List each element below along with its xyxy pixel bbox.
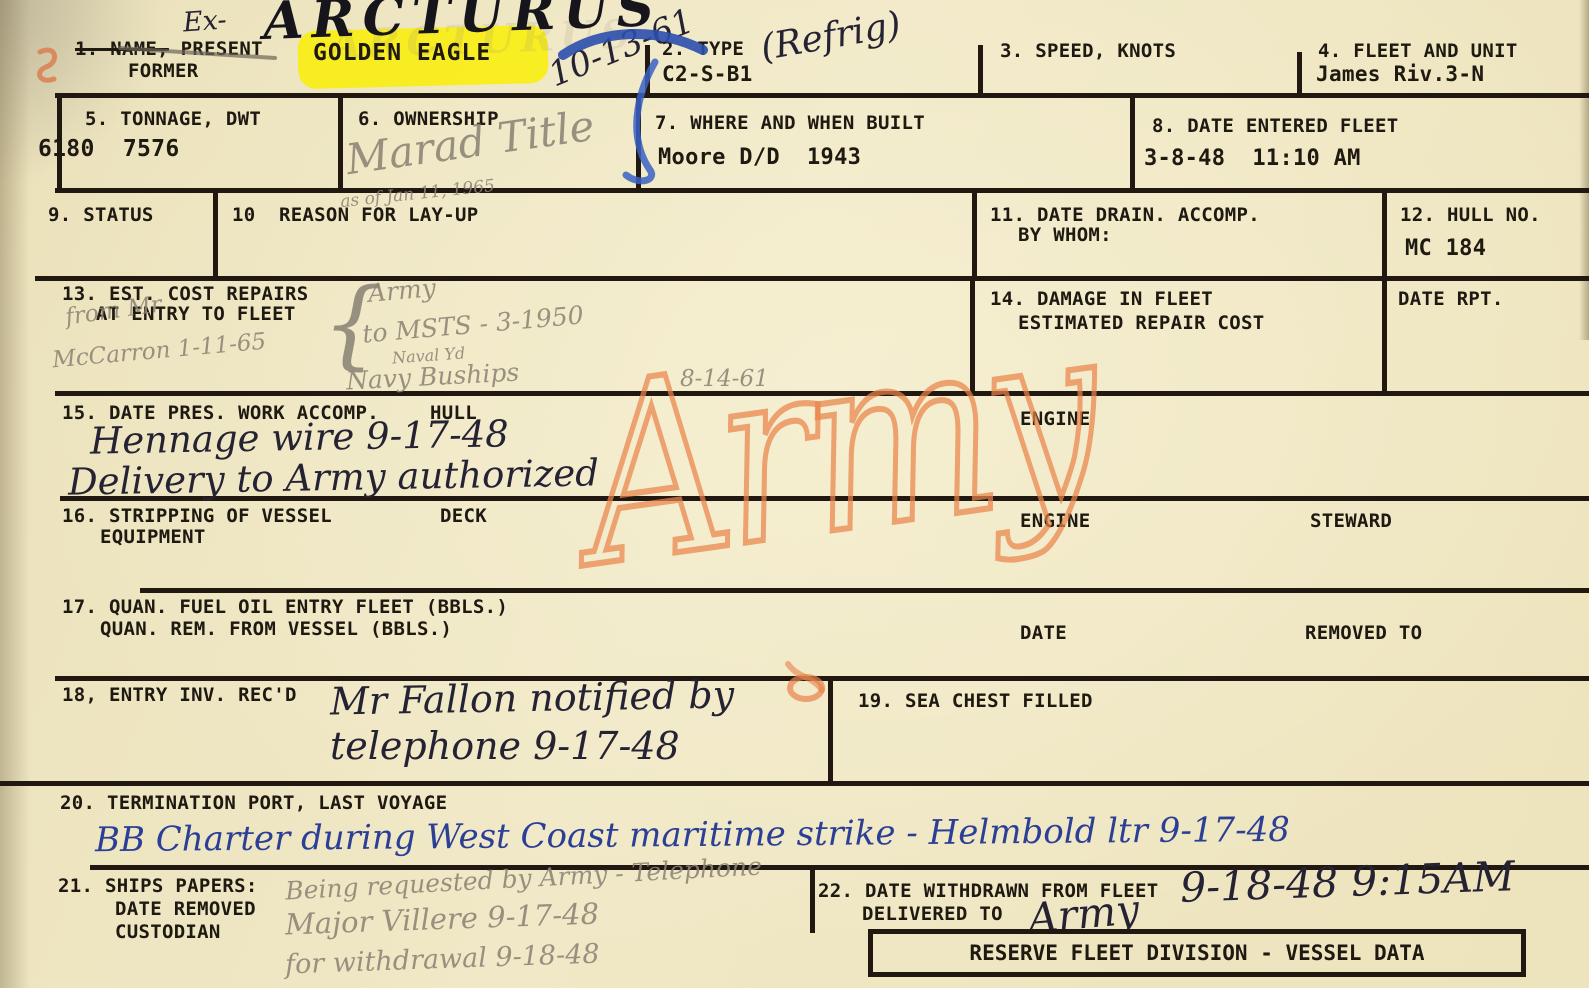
grid-line [55, 188, 1589, 193]
former-name-typed: GOLDEN EAGLE [313, 40, 491, 66]
field18-label: 18, ENTRY INV. REC'D [62, 684, 297, 706]
field8-label: 8. DATE ENTERED FLEET [1152, 115, 1399, 137]
hull-no-value: MC 184 [1405, 236, 1486, 261]
withdrawn-date-handwriting: 9-18-48 9:15AM [1179, 852, 1515, 912]
removed-to-label: REMOVED TO [1305, 622, 1422, 644]
grid-line [636, 93, 641, 192]
grid-line [828, 676, 833, 785]
field21-label: 21. SHIPS PAPERS: [58, 875, 258, 897]
grid-line [213, 188, 218, 280]
tonnage-value: 6180 7576 [38, 136, 179, 162]
army-crayon-scrawl: Army [565, 269, 1110, 622]
grid-line [1382, 193, 1387, 280]
ships-papers-pencil1: Being requested by Army - Telephone [285, 852, 763, 906]
grid-line [0, 781, 1589, 786]
grid-line [35, 276, 1589, 281]
field1-label-former: FORMER [128, 60, 198, 82]
field17-label2: QUAN. REM. FROM VESSEL (BBLS.) [100, 618, 452, 640]
field10-label: 10 REASON FOR LAY-UP [232, 204, 479, 226]
field19-label: 19. SEA CHEST FILLED [858, 690, 1093, 712]
grid-line [978, 45, 983, 97]
field16-label2: EQUIPMENT [100, 526, 206, 548]
grid-line [338, 93, 343, 192]
field21-label2: DATE REMOVED [115, 898, 256, 920]
grid-line [972, 193, 977, 280]
paper-right-edge [1579, 0, 1589, 340]
field20-label: 20. TERMINATION PORT, LAST VOYAGE [60, 792, 447, 814]
banner-title: RESERVE FLEET DIVISION - VESSEL DATA [969, 941, 1424, 965]
field1-label-struck: 1. NAME, [75, 38, 169, 60]
date-entered-value: 3-8-48 11:10 AM [1144, 146, 1361, 171]
grid-line [1297, 52, 1302, 97]
field16-label: 16. STRIPPING OF VESSEL [62, 505, 332, 527]
field11-label: 11. DATE DRAIN. ACCOMP. [990, 204, 1260, 226]
termination-note-handwriting: BB Charter during West Coast maritime st… [95, 810, 1290, 860]
steward-label: STEWARD [1310, 510, 1392, 532]
grid-line [55, 93, 1589, 98]
field17-label: 17. QUAN. FUEL OIL ENTRY FLEET (BBLS.) [62, 596, 508, 618]
banner-box: RESERVE FLEET DIVISION - VESSEL DATA [868, 929, 1526, 977]
pencil-msts-note: to MSTS - 3-1950 [361, 300, 585, 348]
entry-inv-note1-handwriting: Mr Fallon notified by [330, 672, 735, 723]
built-value: Moore D/D 1943 [658, 145, 861, 170]
ships-papers-pencil3: for withdrawal 9-18-48 [285, 939, 600, 981]
ex-note-handwriting: Ex- [182, 5, 228, 39]
field1-label: 1. NAME, PRESENT [75, 38, 263, 60]
field9-label: 9. STATUS [48, 204, 154, 226]
pencil-army-note: Army [367, 273, 437, 308]
fleet-unit-value: James Riv.3-N [1316, 62, 1484, 86]
field12-label: 12. HULL NO. [1400, 204, 1541, 226]
grid-line [140, 588, 1589, 593]
field7-label: 7. WHERE AND WHEN BUILT [655, 112, 925, 134]
vessel-data-card: ARCTURUS 1. NAME, PRESENT FORMER Ex- ARC… [0, 0, 1589, 988]
field4-label: 4. FLEET AND UNIT [1318, 40, 1518, 62]
pencil-mccarron-note: McCarron 1-11-65 [51, 329, 267, 374]
field11-label2: BY WHOM: [1018, 224, 1112, 246]
field21-label3: CUSTODIAN [115, 921, 221, 943]
grid-line [55, 676, 1589, 681]
grid-line [810, 865, 815, 933]
entry-inv-note2-handwriting: telephone 9-17-48 [330, 724, 680, 768]
type-note-handwriting: (Refrig) [758, 4, 905, 69]
field5-label: 5. TONNAGE, DWT [85, 108, 261, 130]
type-value: C2-S-B1 [662, 62, 753, 86]
ships-papers-pencil2: Major Villere 9-17-48 [285, 897, 600, 942]
deck-label: DECK [440, 505, 487, 527]
grid-line [1382, 276, 1387, 395]
field3-label: 3. SPEED, KNOTS [1000, 40, 1176, 62]
date-rpt-label: DATE RPT. [1398, 288, 1504, 310]
grid-line [1130, 93, 1135, 192]
date-label: DATE [1020, 622, 1067, 644]
field2-label: 2. TYPE [662, 38, 744, 60]
field1-label-rest: PRESENT [169, 38, 263, 60]
delivered-to-label: DELIVERED TO [862, 903, 1003, 925]
paper-left-edge [0, 0, 30, 988]
